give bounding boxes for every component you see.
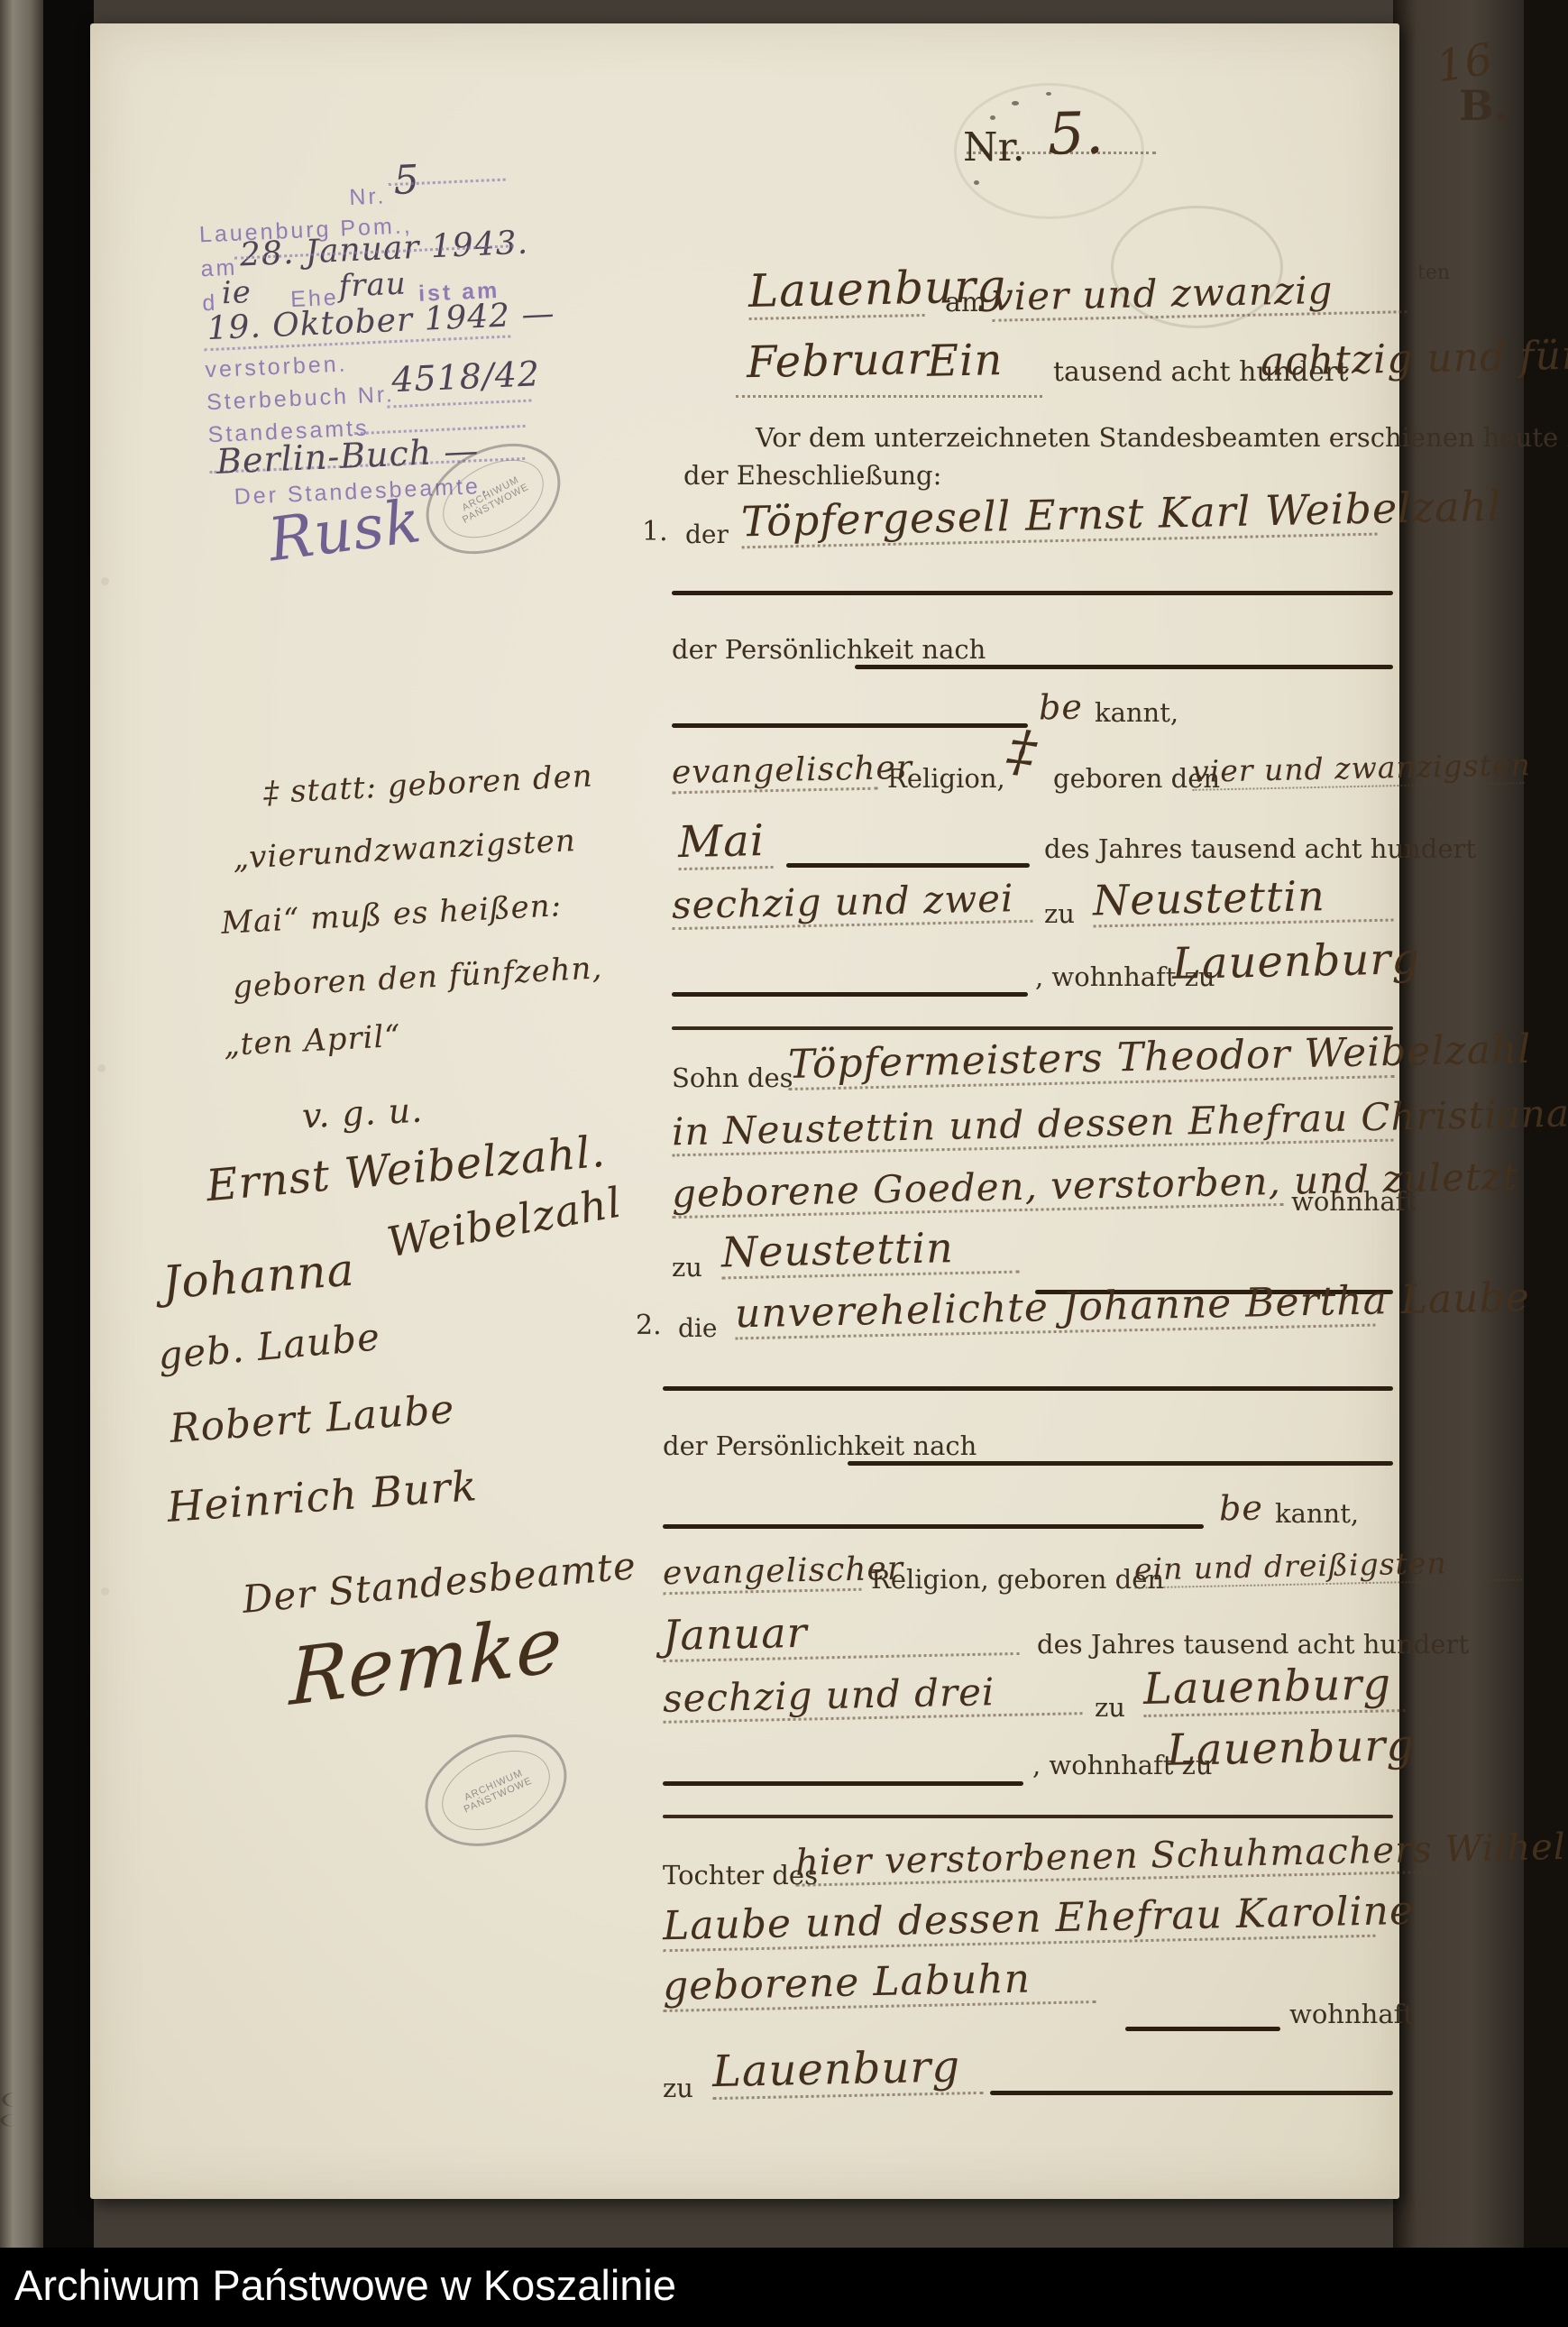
- stamp-sterbebuch-label: Sterbebuch Nr.: [206, 382, 396, 416]
- scanned-register-photo: 16 B. Nr. 5 Lauenburg Pom., am 28. Janua…: [0, 0, 1568, 2327]
- record-nr-value: 5.: [1047, 100, 1105, 168]
- groom-identity-label: der Persönlichkeit nach: [672, 634, 986, 665]
- entry-month: Februar: [746, 334, 929, 388]
- groom-religion-hand: evangelischer: [672, 750, 878, 795]
- stamp-verstorben: verstorben.: [205, 351, 348, 383]
- bride-wohnhaft-label: wohnhaft: [1289, 1999, 1414, 2029]
- groom-zu-label: zu: [1044, 898, 1075, 929]
- bride-mother: geborene Labuhn: [662, 1954, 1096, 2012]
- entry-day: vier und zwanzig: [992, 266, 1408, 322]
- groom-birth-month: Mai: [677, 815, 773, 870]
- bride-birth-place: Lauenburg: [1142, 1659, 1405, 1717]
- stamp-d-hand: ie: [221, 274, 252, 311]
- record-nr-label: Nr.: [963, 124, 1025, 170]
- item1-number: 1.: [642, 516, 668, 547]
- bride-religion-hand: evangelischer: [663, 1551, 862, 1596]
- stamp-nr-value-hand: 5: [393, 157, 421, 204]
- entry-year: achtzig und fünf: [1261, 332, 1568, 385]
- bride-be-hand: be: [1219, 1487, 1264, 1528]
- binding-hole: [101, 1587, 109, 1596]
- groom-son-label: Sohn des: [672, 1062, 793, 1093]
- book-gutter: [43, 0, 94, 2248]
- bride-year-label: des Jahres tausend acht hundert: [1037, 1629, 1469, 1660]
- groom-year-label: des Jahres tausend acht hundert: [1044, 833, 1476, 864]
- bride-zu-label: zu: [1095, 1692, 1125, 1723]
- groom-birth-year: sechzig und zwei: [671, 876, 1032, 930]
- preamble-line2: der Eheschließung:: [683, 460, 941, 491]
- page-edge-ink-marks: [0, 2114, 31, 2127]
- item2-number: 2.: [636, 1310, 662, 1341]
- stamp-sterbebuch-value: 4518/42: [390, 354, 541, 400]
- archive-stamp-text: ARCHIWUM PAŃSTWOWE: [441, 464, 546, 533]
- page-edge-ink-marks: [2, 2092, 29, 2107]
- label-am: am: [945, 287, 986, 318]
- margin-vgu: v. g. u.: [301, 1090, 424, 1136]
- groom-wohnhaft-label: wohnhaft: [1291, 1186, 1416, 1217]
- bride-identity-label: der Persönlichkeit nach: [663, 1430, 977, 1461]
- page-stack-edge: [0, 0, 43, 2248]
- bride-zu-label2: zu: [663, 2073, 693, 2103]
- groom-kannt-label: kannt,: [1095, 697, 1178, 728]
- groom-parents-residence: Neustettin: [720, 1222, 1019, 1280]
- archive-footer-bar: Archiwum Państwowe w Koszalinie: [0, 2248, 1568, 2327]
- archive-stamp-text: ARCHIWUM PAŃSTWOWE: [441, 1758, 551, 1823]
- item2-article: die: [678, 1313, 717, 1343]
- stamp-death-date-hand: 19. Oktober 1942 —: [206, 295, 556, 347]
- binding-hole: [101, 577, 109, 585]
- item1-article: der: [685, 520, 729, 549]
- groom-birth-place: Neustettin: [1092, 870, 1393, 928]
- binding-hole: [97, 1064, 105, 1072]
- groom-residence: Lauenburg: [1171, 934, 1420, 989]
- bride-residence: Lauenburg: [1166, 1720, 1415, 1776]
- section-letter: B.: [1459, 81, 1508, 130]
- groom-zu-label2: zu: [672, 1252, 702, 1283]
- groom-religion-label: Religion,: [887, 763, 1005, 794]
- stamp-ehe-hand: frau: [338, 265, 408, 304]
- label-ten-suffix: ten: [1417, 262, 1450, 284]
- groom-be-hand: be: [1039, 686, 1084, 727]
- bride-parents-residence: Lauenburg: [711, 2041, 983, 2100]
- entry-city: Lauenburg: [747, 262, 924, 320]
- bride-religion-label: Religion, geboren den: [871, 1564, 1164, 1595]
- bride-birth-year: sechzig und drei: [663, 1668, 1083, 1724]
- preamble-line1: Vor dem unterzeichneten Standesbeamten e…: [756, 422, 1568, 453]
- bride-kannt-label: kannt,: [1275, 1498, 1359, 1529]
- stamp-nr-label: Nr.: [349, 183, 387, 211]
- groom-birth-day: vier und zwanzigsten: [1192, 747, 1525, 791]
- bride-birth-month: Januar: [662, 1604, 1019, 1662]
- archive-footer-label: Archiwum Państwowe w Koszalinie: [14, 2260, 676, 2310]
- entry-ein: Ein: [926, 335, 1003, 387]
